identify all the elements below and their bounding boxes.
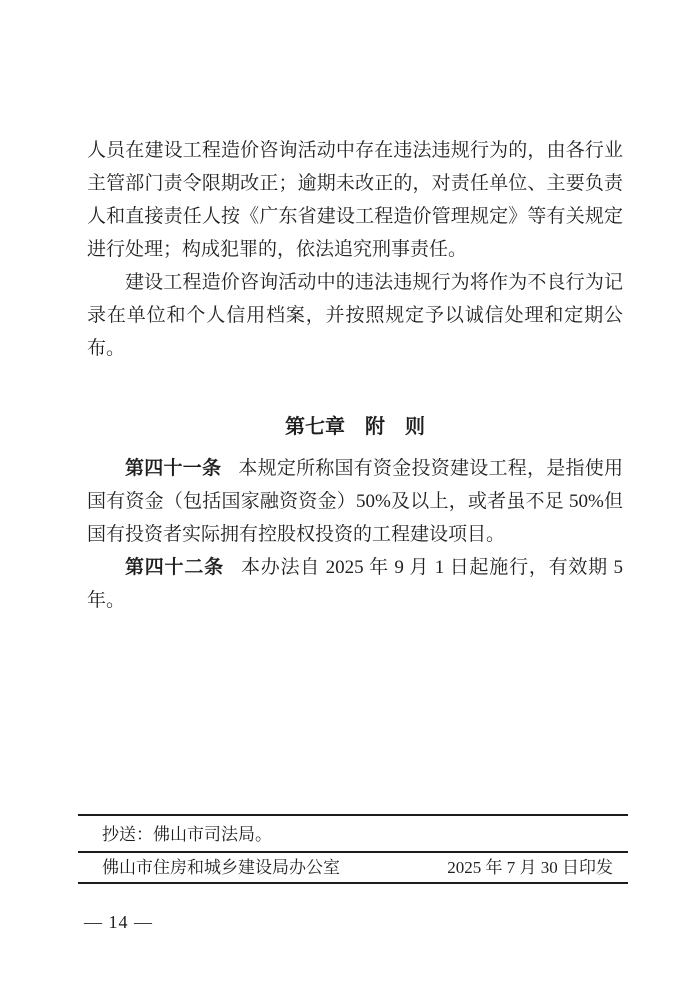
footer-bottom-rule: [78, 882, 628, 884]
paragraph: 建设工程造价咨询活动中的违法违规行为将作为不良行为记录在单位和个人信用档案，并按…: [87, 266, 623, 365]
paragraph-continuation: 人员在建设工程造价咨询活动中存在违法违规行为的，由各行业主管部门责令限期改正；逾…: [87, 134, 623, 266]
print-date: 2025 年 7 月 30 日印发: [447, 856, 613, 880]
article-41: 第四十一条本规定所称国有资金投资建设工程，是指使用国有资金（包括国家融资资金）5…: [87, 452, 623, 551]
article-42: 第四十二条本办法自 2025 年 9 月 1 日起施行，有效期 5 年。: [87, 551, 623, 617]
footer-top-rule: [78, 814, 628, 816]
footer-middle-rule: [78, 851, 628, 853]
chapter-heading: 第七章 附 则: [87, 411, 623, 444]
article-42-label: 第四十二条: [125, 557, 224, 578]
document-body: 人员在建设工程造价咨询活动中存在违法违规行为的，由各行业主管部门责令限期改正；逾…: [87, 134, 623, 617]
cc-line: 抄送：佛山市司法局。: [102, 822, 272, 848]
document-page: 人员在建设工程造价咨询活动中存在违法违规行为的，由各行业主管部门责令限期改正；逾…: [0, 0, 700, 990]
page-number: — 14 —: [84, 910, 153, 934]
issue-row: 佛山市住房和城乡建设局办公室 2025 年 7 月 30 日印发: [102, 856, 613, 880]
issuer-office: 佛山市住房和城乡建设局办公室: [102, 856, 340, 880]
article-41-label: 第四十一条: [125, 458, 221, 479]
